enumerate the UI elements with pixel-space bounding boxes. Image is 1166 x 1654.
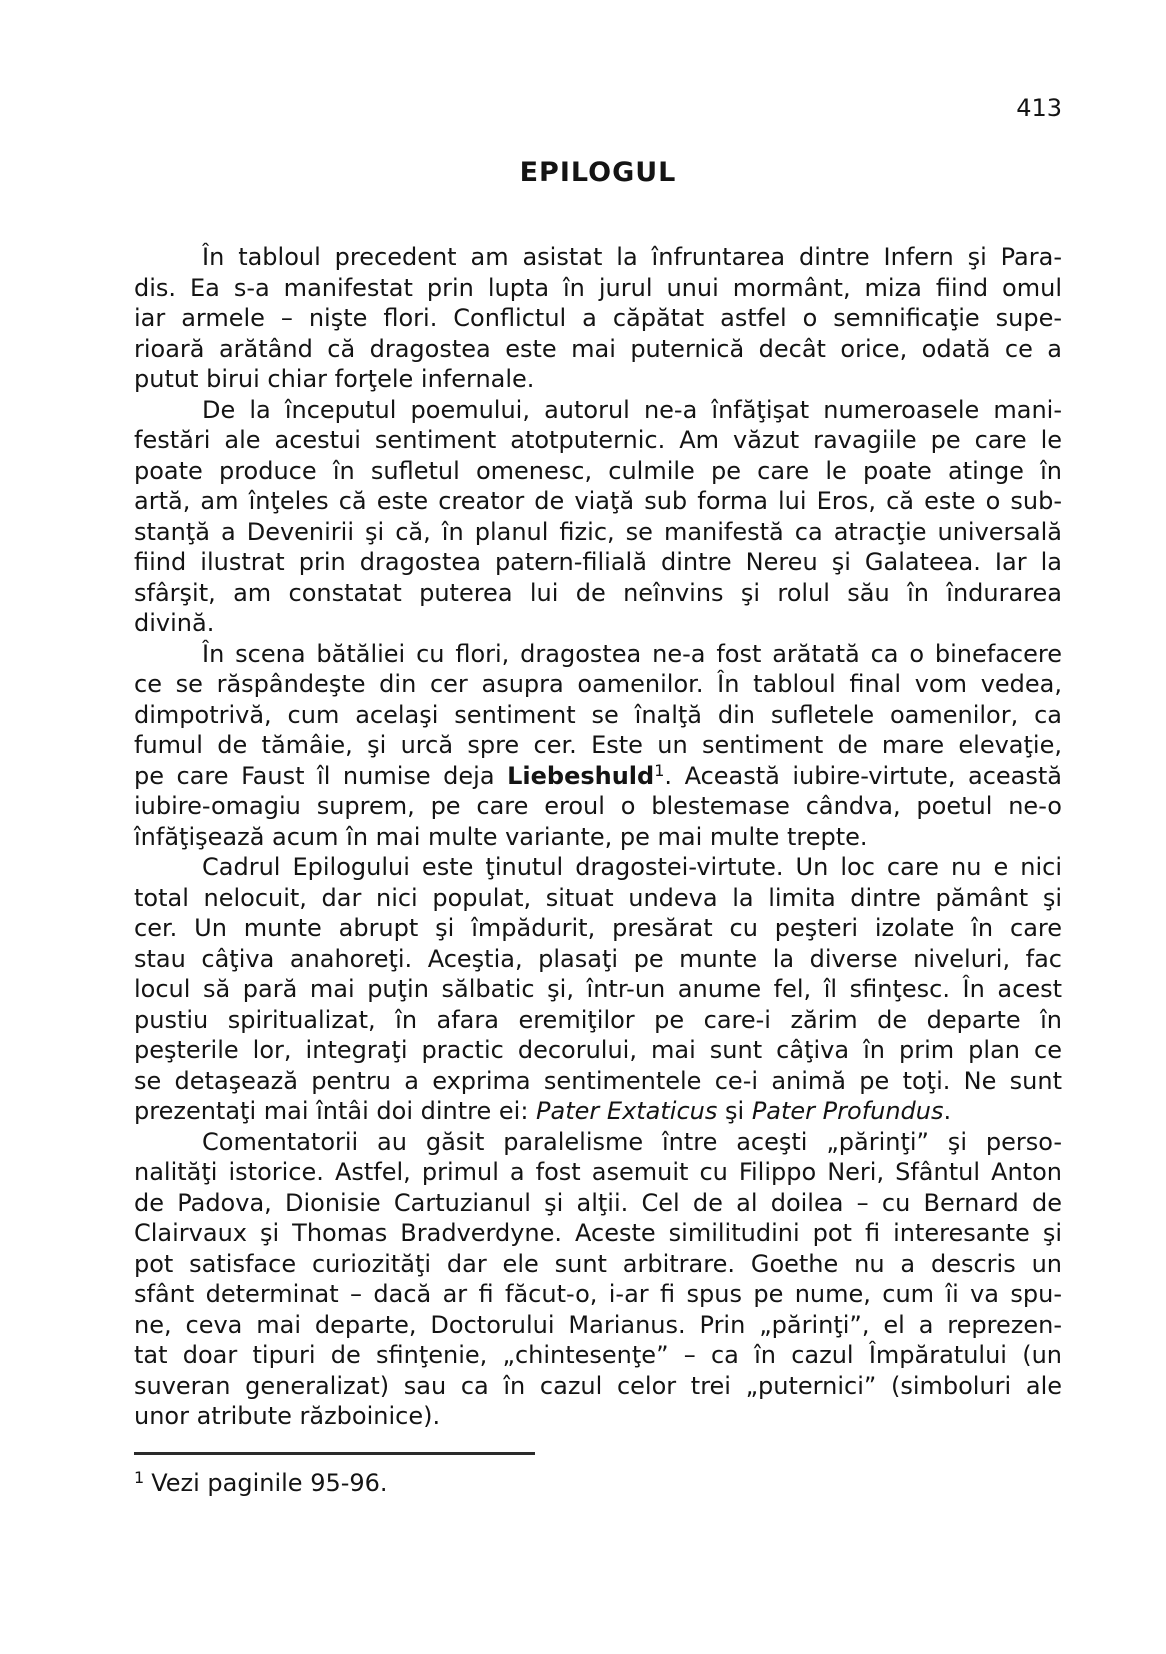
text-line: locul să pară mai puţin sălbatic şi, înt… xyxy=(134,974,1062,1005)
text-run: şi xyxy=(717,1097,751,1125)
text-line: de Padova, Dionisie Cartuzianul şi alţii… xyxy=(134,1188,1062,1219)
document-page: 413 EPILOGUL În tabloul precedent am asi… xyxy=(0,0,1166,1654)
text-line: artă, am înţeles că este creator de viaţ… xyxy=(134,486,1062,517)
text-line: putut birui chiar forţele infernale. xyxy=(134,364,1062,395)
text-line: În tabloul precedent am asistat la înfru… xyxy=(134,242,1062,273)
text-line: ce se răspândeşte din cer asupra oamenil… xyxy=(134,669,1062,700)
paragraph-4: Cadrul Epilogului este ţinutul dragostei… xyxy=(134,852,1062,1127)
page-number: 413 xyxy=(134,94,1062,122)
footnote-marker: 1 xyxy=(134,1468,144,1487)
text-line: tat doar tipuri de sfinţenie, „chintesen… xyxy=(134,1340,1062,1371)
footnote: 1Vezi paginile 95-96. xyxy=(134,1468,1062,1498)
text-run: . Această iubire-virtute, această xyxy=(664,762,1062,790)
paragraph-5: Comentatorii au găsit paralelisme între … xyxy=(134,1127,1062,1432)
text-line: fiind ilustrat prin dragostea patern-fil… xyxy=(134,547,1062,578)
text-line: suveran generalizat) sau ca în cazul cel… xyxy=(134,1371,1062,1402)
text-run: prezentaţi mai întâi doi dintre ei: xyxy=(134,1097,536,1125)
text-line: Clairvaux şi Thomas Bradverdyne. Aceste … xyxy=(134,1218,1062,1249)
text-line: dimpotrivă, cum acelaşi sentiment se îna… xyxy=(134,700,1062,731)
text-line: cer. Un munte abrupt şi împădurit, presă… xyxy=(134,913,1062,944)
text-line: Cadrul Epilogului este ţinutul dragostei… xyxy=(134,852,1062,883)
text-run: . xyxy=(944,1097,952,1125)
latin-name: Pater Profundus xyxy=(752,1097,944,1125)
text-line: dis. Ea s-a manifestat prin lupta în jur… xyxy=(134,273,1062,304)
emphasized-term: Liebeshuld xyxy=(507,762,654,790)
text-line: În scena bătăliei cu flori, dragostea ne… xyxy=(134,639,1062,670)
text-line: De la începutul poemului, autorul ne-a î… xyxy=(134,395,1062,426)
paragraph-2: De la începutul poemului, autorul ne-a î… xyxy=(134,395,1062,639)
text-line: iar armele – nişte flori. Conflictul a c… xyxy=(134,303,1062,334)
footnote-separator xyxy=(134,1452,535,1455)
text-line: peşterile lor, integraţi practic decorul… xyxy=(134,1035,1062,1066)
page-title: EPILOGUL xyxy=(134,158,1062,187)
text-line: ne, ceva mai departe, Doctorului Marianu… xyxy=(134,1310,1062,1341)
latin-name: Pater Extaticus xyxy=(536,1097,717,1125)
text-line: festări ale acestui sentiment atotputern… xyxy=(134,425,1062,456)
text-line: prezentaţi mai întâi doi dintre ei: Pate… xyxy=(134,1096,1062,1127)
footnote-text: Vezi paginile 95-96. xyxy=(151,1469,387,1497)
text-line: total nelocuit, dar nici populat, situat… xyxy=(134,883,1062,914)
text-line: pot satisface curiozităţi dar ele sunt a… xyxy=(134,1249,1062,1280)
text-line: pe care Faust îl numise deja Liebeshuld1… xyxy=(134,761,1062,792)
footnote-reference: 1 xyxy=(654,761,664,780)
text-line: sfârşit, am constatat puterea lui de neî… xyxy=(134,578,1062,609)
text-line: divină. xyxy=(134,608,1062,639)
text-line: iubire-omagiu suprem, pe care eroul o bl… xyxy=(134,791,1062,822)
text-line: Comentatorii au găsit paralelisme între … xyxy=(134,1127,1062,1158)
text-line: pustiu spiritualizat, în afara eremiţilo… xyxy=(134,1005,1062,1036)
text-line: unor atribute războinice). xyxy=(134,1401,1062,1432)
text-line: fumul de tămâie, şi urcă spre cer. Este … xyxy=(134,730,1062,761)
text-line: stau câţiva anahoreţi. Aceştia, plasaţi … xyxy=(134,944,1062,975)
paragraph-1: În tabloul precedent am asistat la înfru… xyxy=(134,242,1062,395)
paragraph-3: În scena bătăliei cu flori, dragostea ne… xyxy=(134,639,1062,853)
text-line: stanţă a Devenirii şi că, în planul fizi… xyxy=(134,517,1062,548)
text-line: înfăţişează acum în mai multe variante, … xyxy=(134,822,1062,853)
text-run: pe care Faust îl numise deja xyxy=(134,762,507,790)
text-line: poate produce în sufletul omenesc, culmi… xyxy=(134,456,1062,487)
text-line: rioară arătând că dragostea este mai put… xyxy=(134,334,1062,365)
body-text: În tabloul precedent am asistat la înfru… xyxy=(134,242,1062,1432)
text-line: nalităţi istorice. Astfel, primul a fost… xyxy=(134,1157,1062,1188)
text-line: sfânt determinat – dacă ar fi făcut-o, i… xyxy=(134,1279,1062,1310)
text-line: se detaşează pentru a exprima sentimente… xyxy=(134,1066,1062,1097)
